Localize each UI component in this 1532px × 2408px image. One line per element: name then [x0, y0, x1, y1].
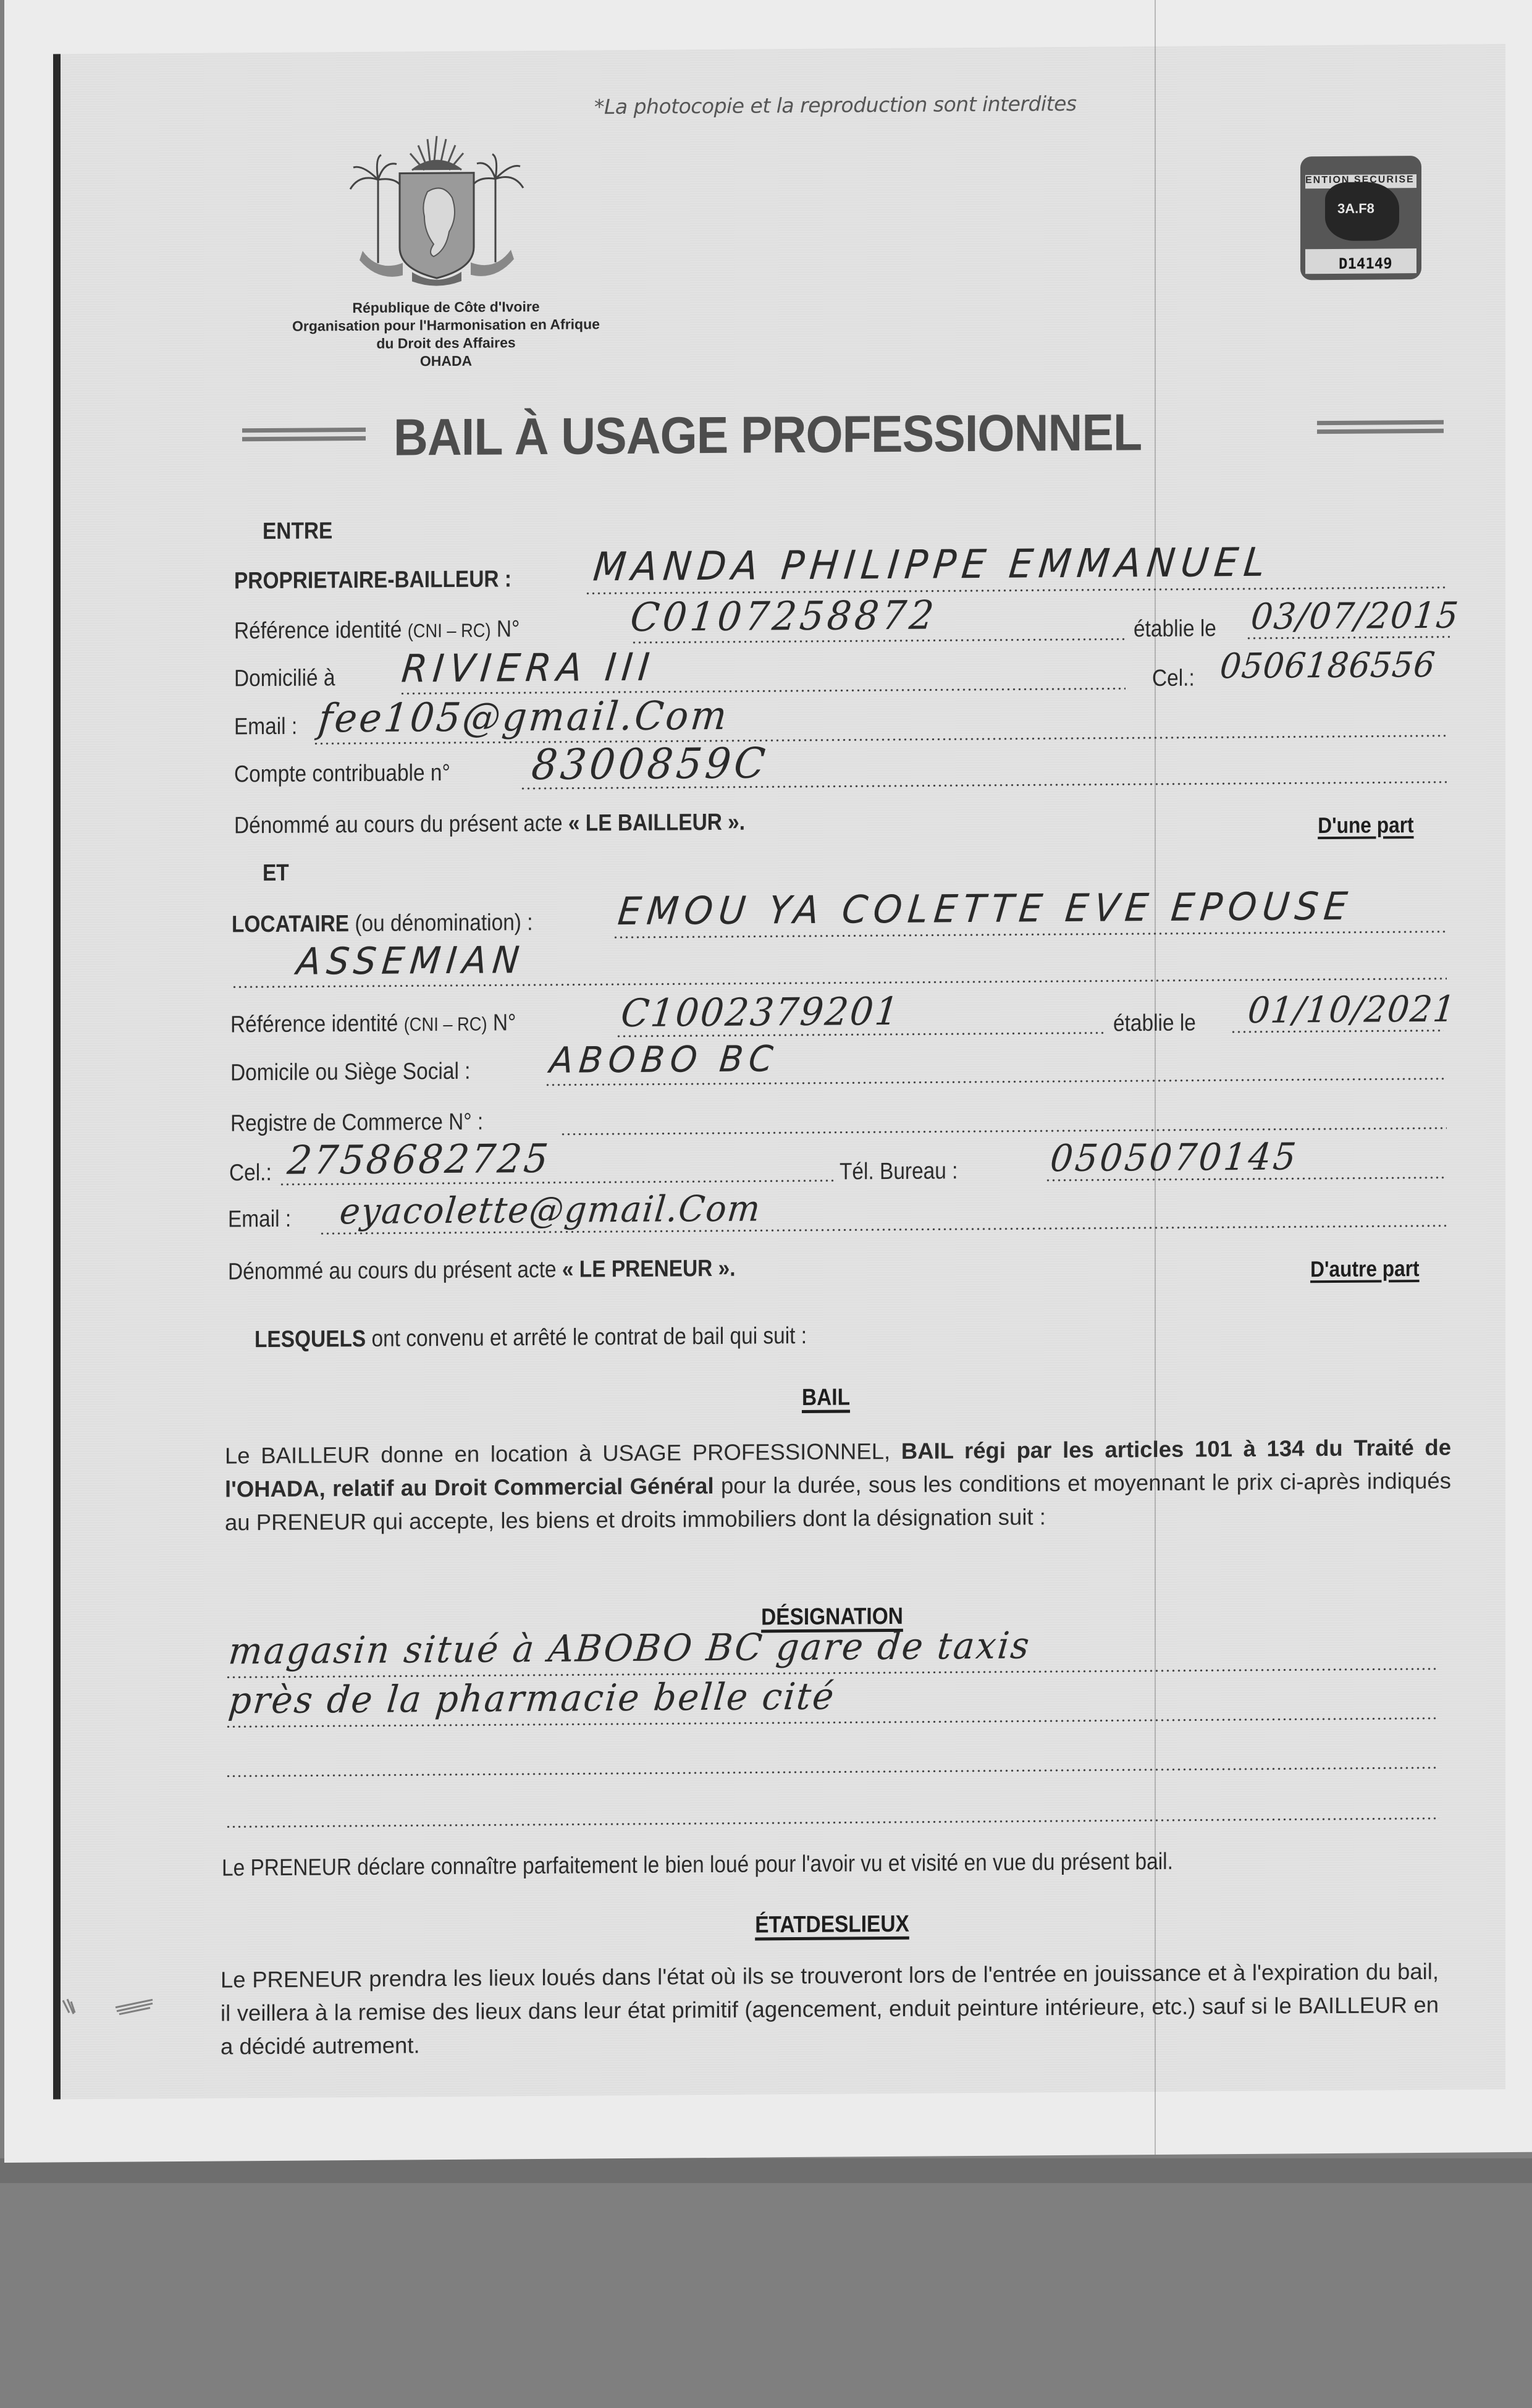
owner-email-label: Email : [234, 714, 297, 741]
owner-cel-label: Cel.: [1152, 665, 1195, 692]
etat-des-lieux-heading: ÉTATDESLIEUX [709, 1911, 956, 1939]
tenant-established-field[interactable]: 01/10/2021 [1246, 988, 1458, 1031]
org-line: République de Côte d'Ivoire [251, 297, 641, 318]
tenant-ref-field[interactable]: C1002379201 [619, 989, 902, 1036]
owner-tax-field[interactable]: 8300859C [529, 739, 771, 790]
owner-cel-field[interactable]: 0506186556 [1218, 645, 1437, 686]
cote-divoire-coat-of-arms-icon [341, 123, 532, 288]
tenant-office-tel-label: Tél. Bureau : [840, 1158, 958, 1185]
fold-line [1155, 0, 1156, 2155]
title-text: BAIL À USAGE PROFESSIONNEL [394, 402, 1142, 467]
owner-domicile-label: Domicilié à [234, 665, 335, 692]
owner-domicile-field[interactable]: RIVIERA III [400, 644, 657, 691]
tenant-domicile-label: Domicile ou Siège Social : [230, 1058, 470, 1087]
lesquels-sentence: LESQUELS ont convenu et arrêté le contra… [255, 1323, 807, 1353]
bail-heading: BAIL [777, 1384, 875, 1411]
stamp-value: 3A.F8 [1337, 201, 1374, 217]
tenant-denomination: Dénommé au cours du présent acte « LE PR… [228, 1256, 736, 1286]
copy-notice: *La photocopie et la reproduction sont i… [594, 91, 1077, 119]
owner-email-field[interactable]: fee105@gmail.Com [316, 693, 731, 742]
tenant-email-field[interactable]: eyacolette@gmail.Com [338, 1187, 763, 1232]
tenant-field[interactable]: EMOU YA COLETTE EVE EPOUSE [616, 884, 1355, 934]
owner-ref-field[interactable]: C0107258872 [628, 593, 939, 641]
title-rule-left [242, 428, 366, 443]
tenant-field-line2[interactable]: ASSEMIAN [295, 939, 527, 984]
bail-paragraph: Le BAILLEUR donne en location à USAGE PR… [225, 1431, 1451, 1540]
tenant-email-label: Email : [228, 1206, 291, 1233]
org-line: Organisation pour l'Harmonisation en Afr… [251, 315, 641, 336]
ink-smudge-icon [60, 1993, 159, 2019]
issuing-organisation: République de Côte d'Ivoire Organisation… [251, 297, 641, 371]
title-rule-right [1317, 420, 1444, 436]
owner-label: PROPRIETAIRE-BAILLEUR : [234, 566, 511, 594]
owner-established-label: établie le [1134, 615, 1216, 643]
entre-label: ENTRE [263, 518, 332, 545]
tenant-domicile-field[interactable]: ABOBO BC [548, 1037, 781, 1081]
tenant-cel-field[interactable]: 2758682725 [285, 1136, 552, 1184]
copy-edge-shadow [53, 54, 61, 2099]
owner-denomination: Dénommé au cours du présent acte « LE BA… [234, 809, 745, 840]
fiscal-stamp-icon: ENTION SECURISE 3A.F8 D14149 [1300, 156, 1421, 280]
etat-des-lieux-paragraph: Le PRENEUR prendra les lieux loués dans … [221, 1955, 1439, 2064]
designation-field-1[interactable]: magasin situé à ABOBO BC gare de taxis [227, 1624, 1033, 1673]
tenant-registry-label: Registre de Commerce N° : [230, 1109, 483, 1138]
owner-established-field[interactable]: 03/07/2015 [1249, 594, 1461, 638]
owner-tax-label: Compte contribuable n° [234, 760, 450, 788]
org-line: OHADA [251, 351, 641, 371]
part-one-label: D'une part [1318, 812, 1413, 839]
tenant-established-label: établie le [1113, 1010, 1196, 1037]
scanner-bed [0, 2158, 1532, 2183]
document-page: *La photocopie et la reproduction sont i… [4, 0, 1532, 2163]
tenant-cel-label: Cel.: [229, 1160, 272, 1186]
designation-field-2[interactable]: près de la pharmacie belle cité [227, 1675, 838, 1723]
org-line: du Droit des Affaires [251, 333, 641, 353]
tenant-office-tel-field[interactable]: 0505070145 [1048, 1135, 1300, 1180]
tenant-ref-label: Référence identité (CNI – RC) N° [230, 1010, 516, 1038]
stamp-number: D14149 [1339, 255, 1392, 272]
owner-ref-label: Référence identité (CNI – RC) N° [234, 616, 520, 644]
et-label: ET [263, 860, 289, 887]
tenant-label: LOCATAIRE (ou dénomination) : [232, 910, 533, 938]
part-two-label: D'autre part [1310, 1256, 1420, 1282]
owner-field[interactable]: MANDA PHILIPPE EMMANUEL [591, 540, 1273, 591]
document-title: BAIL À USAGE PROFESSIONNEL [242, 398, 1447, 462]
